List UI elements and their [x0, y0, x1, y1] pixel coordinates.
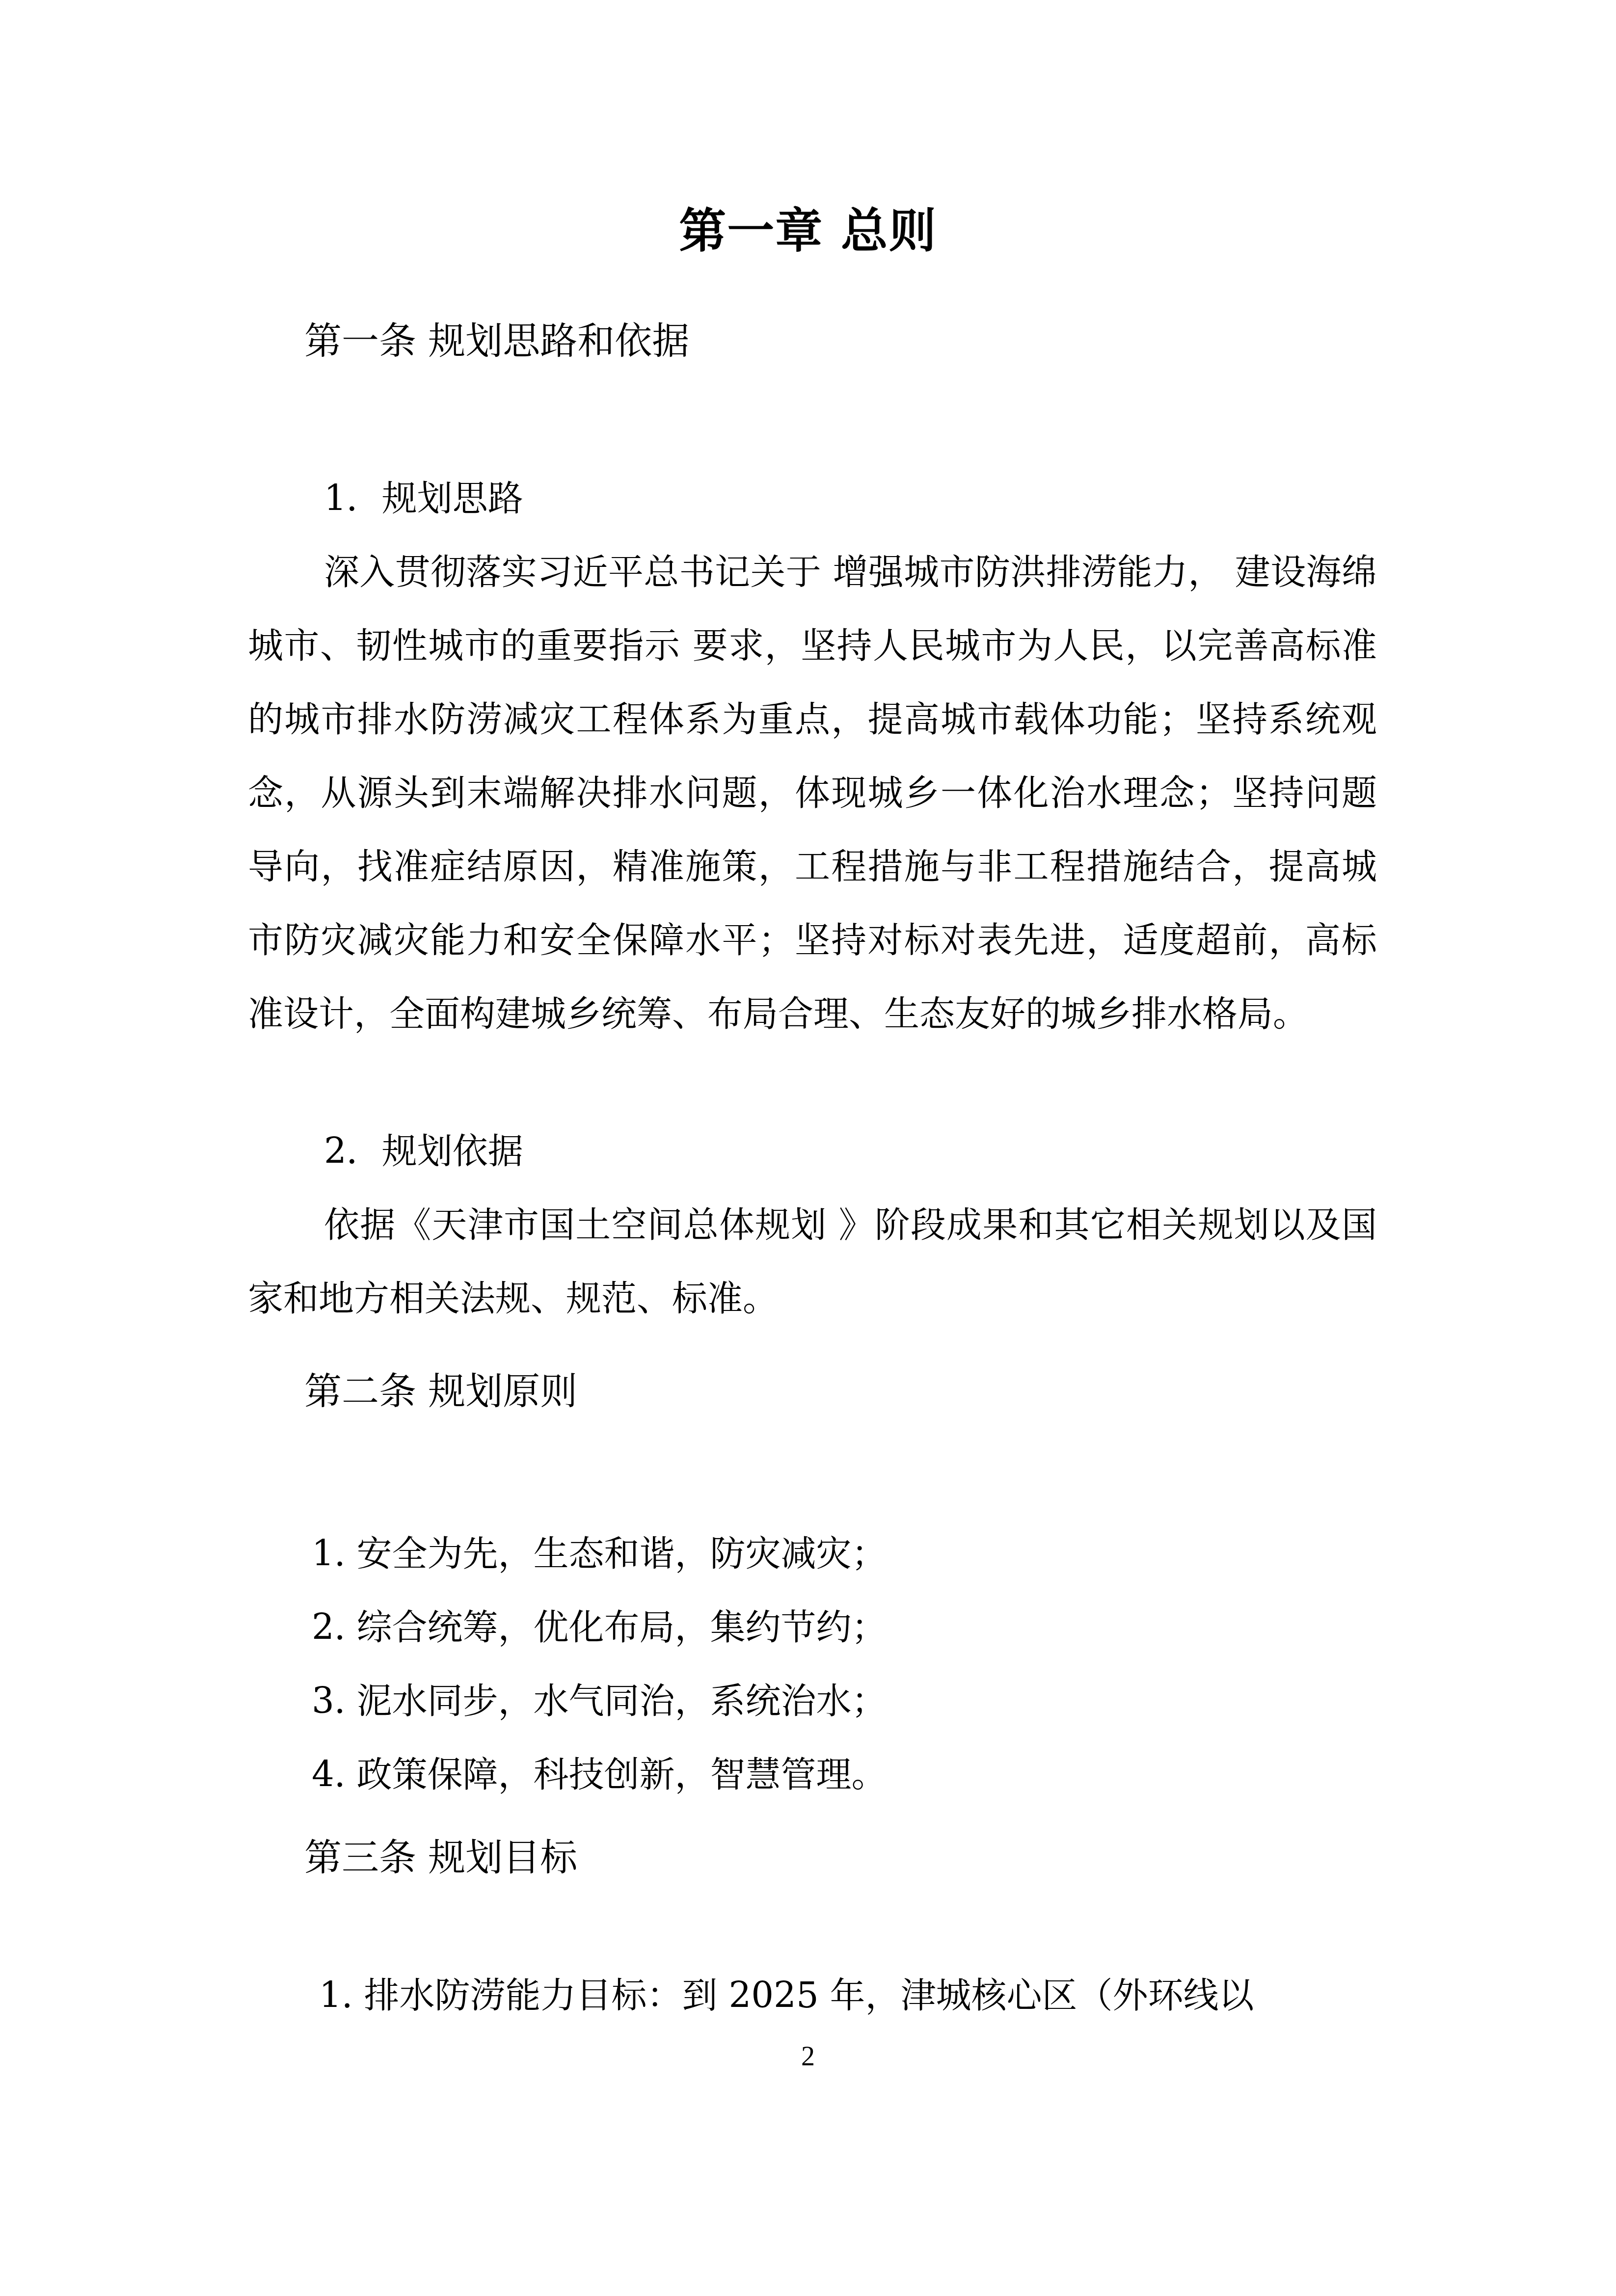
principle-item: 3. 泥水同步，水气同治，系统治水；: [312, 1674, 887, 1728]
page-number: 2: [0, 2037, 1616, 2076]
goal-item: 1. 排水防涝能力目标：到 2025 年，津城核心区（外环线以: [319, 1968, 1254, 2022]
document-page: 第一章 总则 第一条 规划思路和依据 1．规划思路 深入贯彻落实习近平总书记关于…: [0, 0, 1616, 2296]
article-1-paragraph-2: 依据《天津市国土空间总体规划 》阶段成果和其它相关规划以及国家和地方相关法规、规…: [248, 1188, 1377, 1335]
chapter-title: 第一章 总则: [0, 196, 1616, 265]
article-1-paragraph-1: 深入贯彻落实习近平总书记关于 增强城市防洪排涝能力， 建设海绵城市、韧性城市的重…: [248, 535, 1377, 1050]
principle-item: 1. 安全为先，生态和谐，防灾减灾；: [312, 1526, 887, 1580]
article-2-heading: 第二条 规划原则: [304, 1364, 577, 1418]
article-1-subheading-2: 2．规划依据: [324, 1124, 523, 1178]
article-3-heading: 第三条 规划目标: [304, 1831, 577, 1885]
article-1-heading: 第一条 规划思路和依据: [304, 314, 689, 368]
principle-item: 2. 综合统筹，优化布局，集约节约；: [312, 1600, 887, 1654]
article-1-subheading-1: 1．规划思路: [324, 471, 523, 525]
principle-item: 4. 政策保障，科技创新，智慧管理。: [312, 1747, 887, 1801]
